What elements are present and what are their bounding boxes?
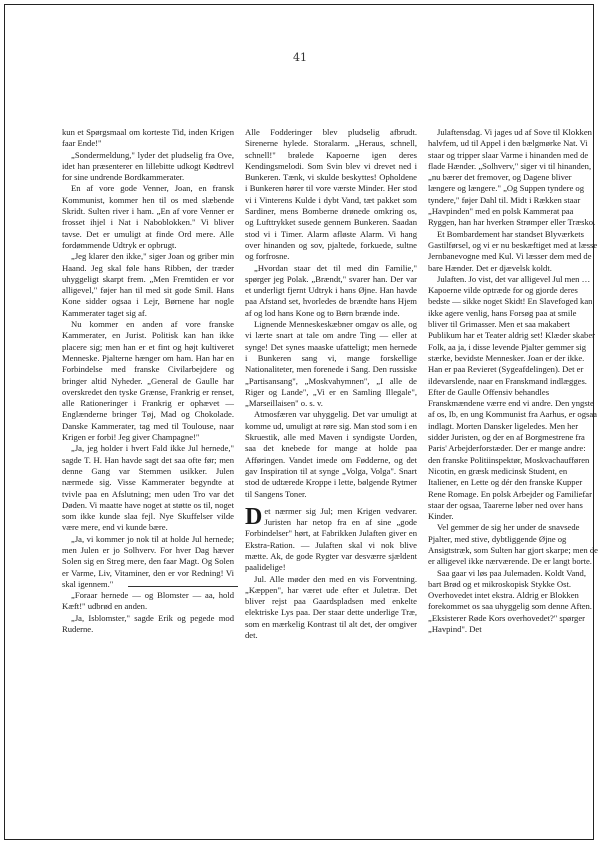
paragraph: „Sondermeldung," lyder det pludselig fra… bbox=[62, 150, 234, 184]
drop-cap: D bbox=[245, 507, 262, 527]
paragraph: „Ja, vi kommer jo nok til at holde Jul h… bbox=[62, 534, 234, 590]
paragraph: „Ja, Isblomster," sagde Erik og pegede m… bbox=[62, 613, 234, 636]
paragraph: Vel gemmer de sig her under de snavsede … bbox=[428, 522, 598, 567]
column-1: kun et Spørgsmaal om korteste Tid, inden… bbox=[62, 127, 234, 635]
paragraph: En af vore gode Venner, Joan, en fransk … bbox=[62, 183, 234, 251]
paragraph: Alle Fodderinger blev pludselig afbrudt.… bbox=[245, 127, 417, 263]
paragraph: Et Bombardement har standset Blyværkets … bbox=[428, 229, 598, 274]
column-2: Alle Fodderinger blev pludselig afbrudt.… bbox=[245, 127, 417, 641]
paragraph: „Hvordan staar det til med din Familie,"… bbox=[245, 263, 417, 319]
paragraph: „Jeg klarer den ikke," siger Joan og gri… bbox=[62, 251, 234, 319]
paragraph: Julaftensdag. Vi jages ud af Sove til Kl… bbox=[428, 127, 598, 229]
paragraph: kun et Spørgsmaal om korteste Tid, inden… bbox=[62, 127, 234, 150]
paragraph: Jul. Alle møder den med en vis Forventni… bbox=[245, 574, 417, 642]
underline-rule bbox=[128, 586, 238, 587]
column-3: Julaftensdag. Vi jages ud af Sove til Kl… bbox=[428, 127, 598, 635]
paragraph-dropcap: Det nærmer sig Jul; men Krigen vedvarer.… bbox=[245, 506, 417, 574]
paragraph: Nu kommer en anden af vore franske Kamme… bbox=[62, 319, 234, 443]
paragraph: „Foraar hernede — og Blomster — aa, hold… bbox=[62, 590, 234, 613]
paragraph: Saa gaar vi løs paa Julemaden. Koldt Van… bbox=[428, 568, 598, 636]
paragraph: „Ja, jeg holder i hvert Fald ikke Jul he… bbox=[62, 443, 234, 533]
paragraph: Lignende Menneskeskæbner omgav os alle, … bbox=[245, 319, 417, 409]
paragraph: Julaften. Jo vist, det var alligevel Jul… bbox=[428, 274, 598, 523]
paragraph: Atmosfæren var uhyggelig. Det var umulig… bbox=[245, 409, 417, 499]
page-number: 41 bbox=[0, 51, 600, 64]
